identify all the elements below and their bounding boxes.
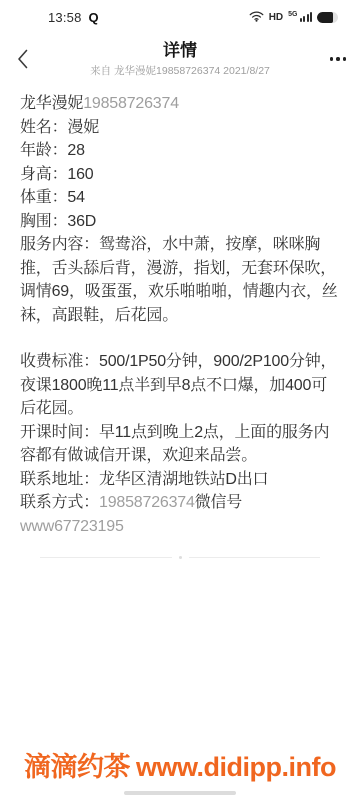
header: 详情 来自 龙华漫妮19858726374 2021/8/27 [0, 32, 360, 86]
status-bar-right: HD 5G [249, 10, 338, 25]
hd-voice-icon: HD [269, 12, 283, 23]
info-line-height: 身高：160 [20, 163, 340, 187]
back-button[interactable] [0, 32, 44, 86]
network-type-label: 5G [288, 11, 297, 18]
clock: 13:58 [48, 10, 82, 25]
info-line-name: 姓名：漫妮 [20, 116, 340, 140]
contact-line: 联系方式：19858726374微信号 [20, 491, 340, 515]
message-body: 龙华漫妮19858726374 姓名：漫妮 年龄：28 身高：160 体重：54… [0, 86, 360, 538]
service-paragraph: 服务内容：鸳鸯浴，水中萧，按摩，咪咪胸推，舌头舔后背，漫游，指划，无套环保吹，调… [20, 233, 340, 327]
watermark-banner: 滴滴约茶www.didipp.info [0, 745, 360, 784]
divider-dot [179, 556, 182, 559]
message-source-subtitle: 来自 龙华漫妮19858726374 2021/8/27 [90, 63, 270, 78]
address-line: 联系地址：龙华区清湖地铁站D出口 [20, 468, 340, 492]
home-indicator[interactable] [124, 791, 236, 795]
page-title: 详情 [163, 41, 197, 61]
price-paragraph: 收费标准：500/1P50分钟，900/2P100分钟，夜课1800晚11点半到… [20, 350, 340, 421]
schedule-paragraph: 开课时间：早11点到晚上2点，上面的服务内容都有做诚信开课，欢迎来品尝。 [20, 421, 340, 468]
contact-label: 联系方式： [20, 494, 99, 511]
watermark-url: www.didipp.info [136, 752, 336, 782]
contact-phone-link[interactable]: 19858726374 [99, 494, 195, 511]
signal-bars-icon [300, 12, 313, 22]
info-line-age: 年龄：28 [20, 139, 340, 163]
sender-phone-link[interactable]: 19858726374 [83, 95, 179, 112]
battery-icon [317, 12, 338, 23]
chevron-left-icon [17, 49, 28, 69]
more-options-icon [330, 57, 334, 61]
watermark-text: 滴滴约茶 [24, 752, 130, 782]
sender-line: 龙华漫妮19858726374 [20, 92, 340, 116]
info-line-bust: 胸围：36D [20, 210, 340, 234]
header-title-block: 详情 来自 龙华漫妮19858726374 2021/8/27 [44, 41, 316, 78]
status-bar-left: 13:58 Q [48, 10, 99, 25]
sender-name: 龙华漫妮 [20, 95, 83, 112]
cellular-signal-icon: 5G [288, 12, 312, 22]
more-options-button[interactable] [316, 32, 360, 86]
contact-suffix: 微信号 [195, 494, 242, 511]
phone-screen: 13:58 Q HD 5G [0, 0, 360, 800]
wifi-icon [249, 10, 264, 25]
info-line-weight: 体重：54 [20, 186, 340, 210]
end-divider [40, 556, 320, 559]
website-line[interactable]: www67723195 [20, 515, 340, 539]
status-bar: 13:58 Q HD 5G [0, 0, 360, 32]
screen-recorder-icon: Q [89, 11, 99, 24]
